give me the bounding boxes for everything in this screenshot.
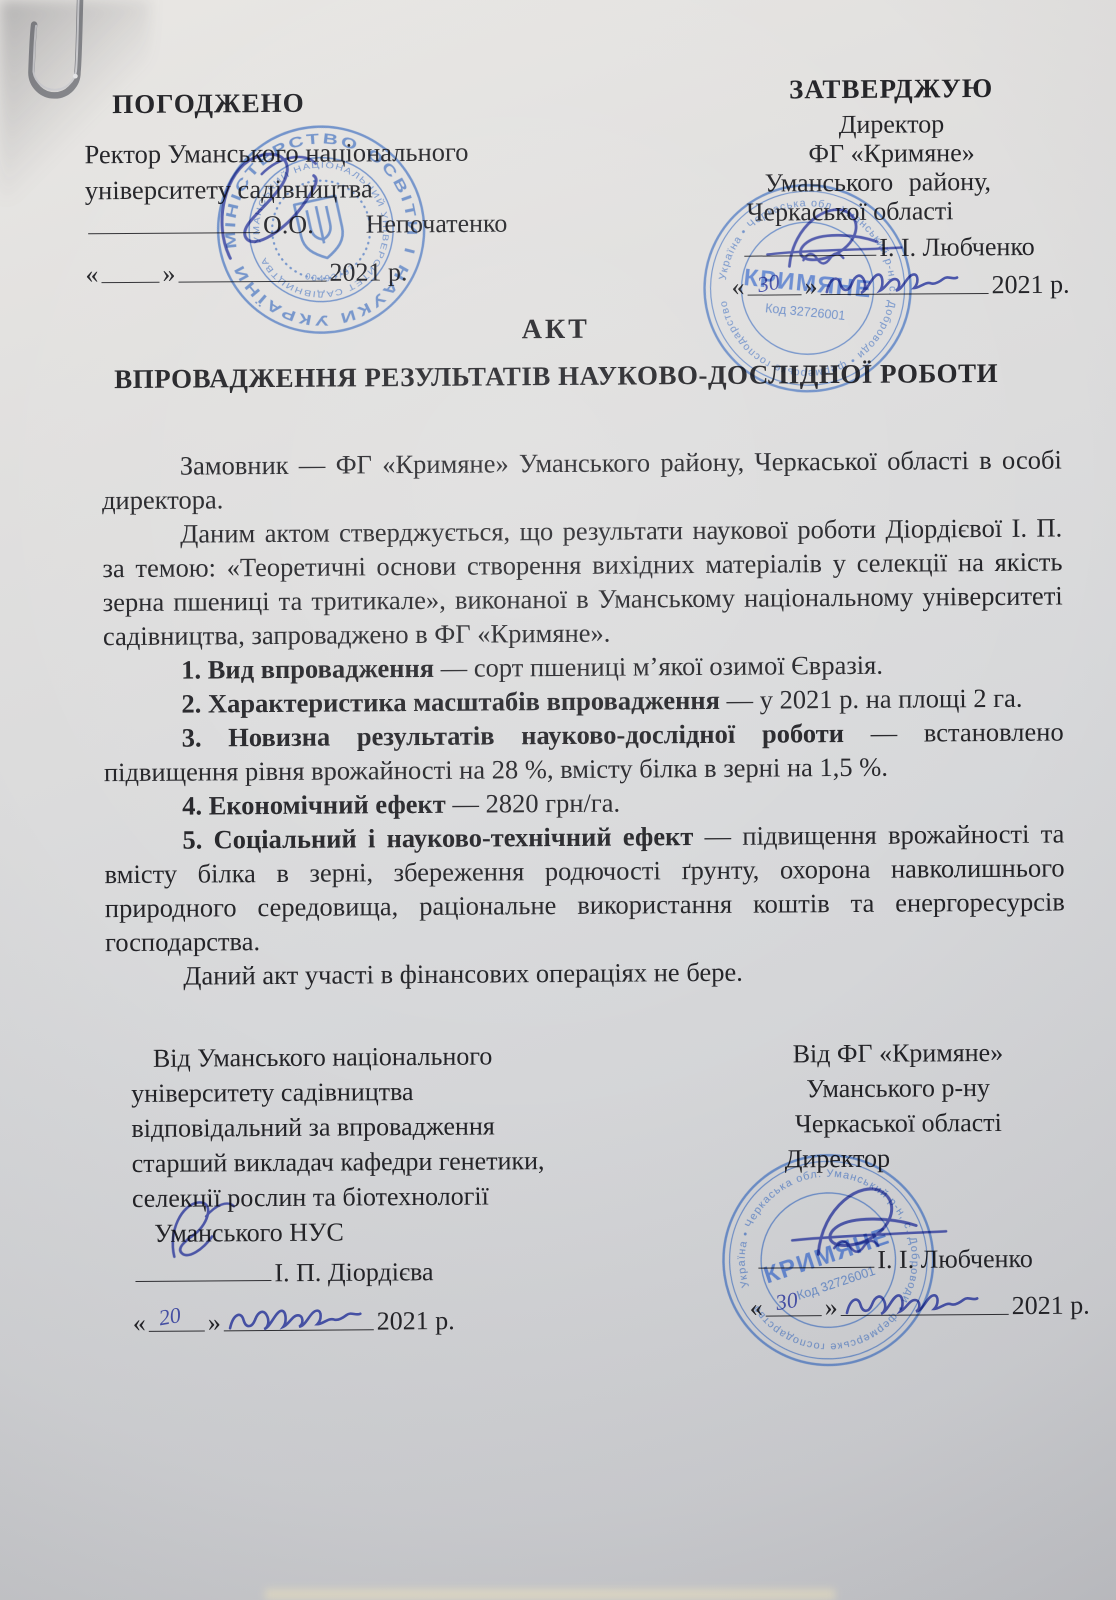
- photo-corner-shadow: [0, 0, 150, 200]
- approval-right-line: ФГ «Кримяне»: [727, 138, 1057, 169]
- paragraph-lead: 2. Характеристика масштабів впровадження: [181, 685, 720, 719]
- signatory-right-line: Уманського р-ну: [748, 1070, 1048, 1107]
- document-body: Замовник — ФГ «Кримяне» Уманського район…: [102, 442, 1066, 993]
- paragraph-lead: 5. Соціальний і науково-технічний ефект: [182, 821, 693, 855]
- paragraph: 5. Соціальний і науково-технічний ефект …: [104, 816, 1065, 959]
- signer-name: І. П. Діордієва: [274, 1257, 433, 1287]
- signatory-left-line: університету садівництва: [131, 1072, 651, 1111]
- stamp-farm-code: Код 32726001: [765, 301, 846, 323]
- date-row: «20»2021 р.: [133, 1300, 653, 1341]
- handwritten-day: 20: [156, 1297, 183, 1335]
- signatory-left-line: Від Уманського національного: [131, 1037, 651, 1076]
- title-act: АКТ: [0, 310, 1114, 350]
- paragraph: Замовник — ФГ «Кримяне» Уманського район…: [102, 442, 1062, 517]
- signatory-left-line: старший викладач кафедри генетики,: [132, 1142, 652, 1181]
- approval-right-title: ЗАТВЕРДЖУЮ: [726, 73, 1056, 106]
- signatory-left-line: відповідальний за впровадження: [131, 1107, 651, 1146]
- paragraph-text: — сорт пшениці м’якої озимої Євразія.: [434, 650, 883, 683]
- rector-signature: [201, 129, 352, 280]
- handwritten-month-scribble: [226, 1302, 366, 1337]
- paragraph-text: Даний акт участі в фінансових операціях …: [183, 957, 743, 991]
- document-title: АКТ ВПРОВАДЖЕННЯ РЕЗУЛЬТАТІВ НАУКОВО-ДОС…: [0, 310, 1114, 396]
- director-signature-top: [759, 194, 910, 290]
- month-blank-line: [224, 1302, 374, 1331]
- quote-open: «: [85, 260, 98, 289]
- paragraph-lead: 3. Новизна результатів науково-дослідної…: [182, 718, 845, 753]
- day-blank-line: [101, 254, 159, 283]
- document-page: ПОГОДЖЕНО Ректор Уманського національног…: [0, 0, 1116, 1600]
- paragraph: Даний акт участі в фінансових операціях …: [105, 952, 1065, 993]
- year-label: 2021 р.: [1012, 1291, 1090, 1321]
- year-label: 2021 р.: [377, 1306, 455, 1336]
- paragraph-lead: 4. Економічний ефект: [182, 789, 446, 821]
- signatory-block-left: Від Уманського національного університет…: [131, 1037, 653, 1340]
- approval-left-title: ПОГОДЖЕНО: [84, 86, 554, 120]
- signatory-right-line: Від ФГ «Кримяне»: [748, 1035, 1048, 1072]
- title-subject: ВПРОВАДЖЕННЯ РЕЗУЛЬТАТІВ НАУКОВО-ДОСЛІДН…: [0, 357, 1114, 396]
- day-blank-line: 20: [149, 1303, 205, 1332]
- paragraph-text: — у 2021 р. на площі 2 га.: [720, 683, 1023, 715]
- paragraph: Даним актом стверджується, що результати…: [102, 510, 1063, 653]
- quote-open: «: [133, 1308, 146, 1337]
- paragraph-text: Замовник — ФГ «Кримяне» Уманського район…: [102, 444, 1062, 515]
- director-signature-bottom: [784, 1173, 955, 1274]
- document-photo: ПОГОДЖЕНО Ректор Уманського національног…: [0, 0, 1116, 1600]
- paragraph-text: — 2820 грн/га.: [446, 788, 621, 819]
- approval-right-line: Директор: [726, 109, 1056, 140]
- quote-close: »: [162, 259, 175, 288]
- paragraph-lead: 1. Вид впровадження: [181, 653, 434, 685]
- paragraph: 3. Новизна результатів науково-дослідної…: [104, 714, 1064, 789]
- quote-close: »: [208, 1308, 221, 1337]
- paragraph-text: Даним актом стверджується, що результати…: [102, 512, 1062, 651]
- year-label: 2021 р.: [991, 270, 1069, 300]
- researcher-signature: [154, 1190, 275, 1271]
- photo-bottom-edge: [265, 1589, 835, 1600]
